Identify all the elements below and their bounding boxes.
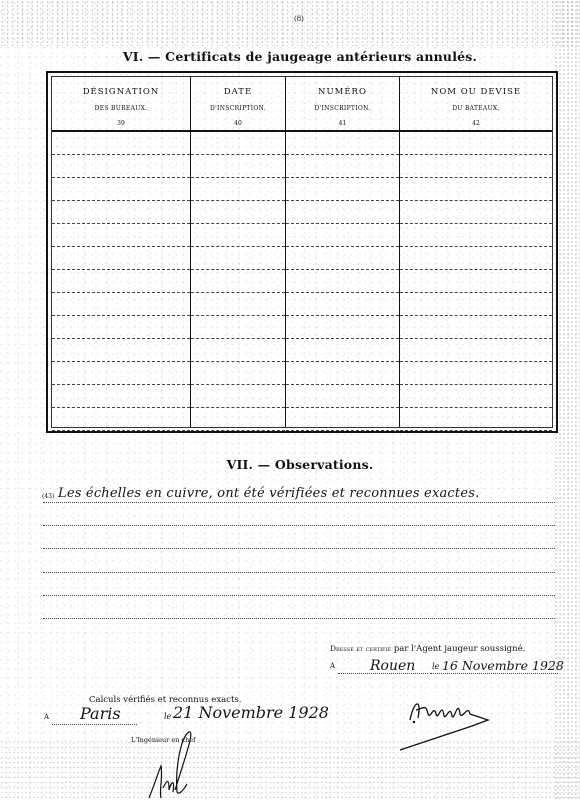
table-row <box>52 293 190 316</box>
table-row <box>191 339 285 362</box>
column-header: NUMÉRO D'INSCRIPTION. 41 <box>286 77 399 132</box>
table-row <box>52 362 190 385</box>
table-row <box>286 339 399 362</box>
paper-noise-bottom <box>0 740 580 800</box>
table-row <box>52 270 190 293</box>
table-row <box>286 132 399 155</box>
header-number: 40 <box>191 120 285 127</box>
table-row <box>52 132 190 155</box>
observation-line <box>43 595 555 596</box>
table-row <box>400 247 552 270</box>
observation-line <box>43 572 555 573</box>
verification-date: 21 Novembre 1928 <box>173 703 329 722</box>
table-row <box>52 224 190 247</box>
table-row <box>400 155 552 178</box>
verification-city: Paris <box>80 704 121 723</box>
table-row <box>191 224 285 247</box>
certification-le-label: le <box>432 662 439 671</box>
observation-line <box>43 525 555 526</box>
header-number: 41 <box>286 120 399 127</box>
table-row <box>286 385 399 408</box>
table-row <box>400 339 552 362</box>
table-row <box>400 178 552 201</box>
table-row <box>191 316 285 339</box>
table-row <box>52 178 190 201</box>
table-row <box>191 293 285 316</box>
table-row <box>400 270 552 293</box>
column-header: DATE D'INSCRIPTION. 40 <box>191 77 285 132</box>
column-date: DATE D'INSCRIPTION. 40 <box>191 77 286 427</box>
column-rows <box>191 132 285 431</box>
column-header: NOM OU DEVISE DU BATEAUX. 42 <box>400 77 552 132</box>
table-row <box>191 132 285 155</box>
table-row <box>400 132 552 155</box>
header-sub: DES BUREAUX. <box>52 105 190 112</box>
table-row <box>400 293 552 316</box>
table-row <box>400 385 552 408</box>
column-rows <box>400 132 552 431</box>
table-row <box>286 201 399 224</box>
table-row <box>191 385 285 408</box>
section-vii-title: VII. — Observations. <box>0 457 580 472</box>
certification-city: Rouen <box>370 658 415 674</box>
table-row <box>400 316 552 339</box>
observation-line <box>43 618 555 619</box>
paper-noise-top <box>0 0 580 46</box>
certification-a-label: A <box>330 662 335 670</box>
table-row <box>52 247 190 270</box>
observation-text: Les échelles en cuivre, ont été vérifiée… <box>58 486 479 501</box>
table-row <box>52 201 190 224</box>
table-row <box>191 270 285 293</box>
column-designation: DÉSIGNATION DES BUREAUX. 39 <box>52 77 191 427</box>
header-number: 42 <box>400 120 552 127</box>
observation-marker: (43) <box>42 493 54 500</box>
column-rows <box>52 132 190 431</box>
table-row <box>191 155 285 178</box>
table-row <box>286 316 399 339</box>
table-row <box>52 155 190 178</box>
table-row <box>286 270 399 293</box>
verification-le-label: le <box>164 712 171 721</box>
column-rows <box>286 132 399 431</box>
table-row <box>191 178 285 201</box>
header-main: DÉSIGNATION <box>52 87 190 97</box>
certification-label: Dressé et certifié par l'Agent jaugeur s… <box>330 644 525 654</box>
certification-label-rest: par l'Agent jaugeur soussigné. <box>391 644 525 654</box>
verification-a-label: A <box>44 713 49 721</box>
column-header: DÉSIGNATION DES BUREAUX. 39 <box>52 77 190 132</box>
page-number: (8) <box>294 15 304 23</box>
column-numero: NUMÉRO D'INSCRIPTION. 41 <box>286 77 400 427</box>
table-row <box>400 224 552 247</box>
section-vi-title: VI. — Certificats de jaugeage antérieurs… <box>0 49 580 64</box>
table-row <box>400 362 552 385</box>
table-row <box>286 247 399 270</box>
header-main: NOM OU DEVISE <box>400 87 552 97</box>
header-main: DATE <box>191 87 285 97</box>
table-row <box>52 385 190 408</box>
header-number: 39 <box>52 120 190 127</box>
table-row <box>52 339 190 362</box>
header-sub: D'INSCRIPTION. <box>286 105 399 112</box>
table-row <box>400 201 552 224</box>
header-sub: D'INSCRIPTION. <box>191 105 285 112</box>
certification-label-prefix: Dressé et certifié <box>330 644 391 653</box>
table-row <box>286 155 399 178</box>
table-row <box>191 247 285 270</box>
table-row <box>286 362 399 385</box>
observation-line <box>43 502 555 503</box>
certification-date: 16 Novembre 1928 <box>442 658 564 673</box>
agent-signature <box>400 690 510 740</box>
table-row <box>52 408 190 431</box>
header-main: NUMÉRO <box>286 87 399 97</box>
table-row <box>286 178 399 201</box>
observation-line <box>43 548 555 549</box>
header-sub: DU BATEAUX. <box>400 105 552 112</box>
table-row <box>191 362 285 385</box>
table-row <box>191 408 285 431</box>
table-row <box>400 408 552 431</box>
table-row <box>286 293 399 316</box>
engineer-signature <box>145 728 205 800</box>
table-row <box>191 201 285 224</box>
column-nom-devise: NOM OU DEVISE DU BATEAUX. 42 <box>400 77 552 427</box>
table-row <box>286 224 399 247</box>
table-row <box>286 408 399 431</box>
verification-city-line <box>52 724 137 725</box>
cancelled-certificates-table: DÉSIGNATION DES BUREAUX. 39 DATE D'INSCR… <box>46 71 558 433</box>
certification-date-line <box>430 673 558 674</box>
table-row <box>52 316 190 339</box>
